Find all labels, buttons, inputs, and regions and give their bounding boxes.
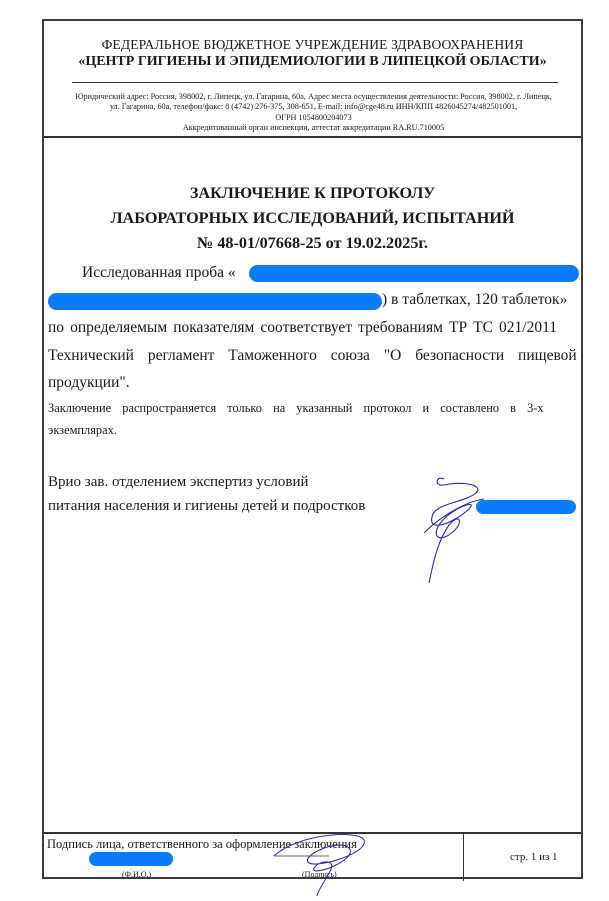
- address-line: ул. Гагарина, 60а, телефон/факс: 8 (4742…: [46, 102, 581, 112]
- address-line: Юридический адрес: Россия, 398002, г. Ли…: [46, 92, 581, 102]
- document-frame: ФЕДЕРАЛЬНОЕ БЮДЖЕТНОЕ УЧРЕЖДЕНИЕ ЗДРАВОО…: [42, 19, 583, 879]
- validity-note: Заключение распространяется только на ук…: [48, 401, 544, 416]
- conclusion-line: продукции".: [48, 374, 130, 392]
- redacted-sample-name: [249, 265, 579, 282]
- conclusion-line: Технический регламент Таможенного союза …: [48, 347, 577, 365]
- ogrn-line: ОГРН 1054800204073: [46, 113, 581, 123]
- header-bottom-rule: [44, 136, 581, 138]
- footer-divider: [463, 834, 464, 881]
- conclusion-line: по определяемым показателям соответствуе…: [48, 319, 557, 337]
- signatory-position-cont: питания населения и гигиены детей и подр…: [48, 498, 365, 515]
- doc-title-line2: ЛАБОРАТОРНЫХ ИССЛЕДОВАНИЙ, ИСПЫТАНИЙ: [44, 209, 581, 228]
- doc-title-line1: ЗАКЛЮЧЕНИЕ К ПРОТОКОЛУ: [44, 184, 581, 203]
- sample-form: ) в таблетках, 120 таблеток»: [382, 291, 567, 309]
- redacted-signatory-name: [476, 500, 576, 514]
- redacted-sample-name-cont: [48, 293, 382, 310]
- accreditation-line: Аккредитованный орган инспекции, аттеста…: [46, 123, 581, 133]
- redacted-responsible-name: [89, 852, 173, 866]
- page-counter: стр. 1 из 1: [510, 851, 558, 863]
- org-name-line2: «ЦЕНТР ГИГИЕНЫ И ЭПИДЕМИОЛОГИИ В ЛИПЕЦКО…: [44, 54, 581, 70]
- validity-note-cont: экземплярах.: [48, 423, 117, 438]
- org-address-block: Юридический адрес: Россия, 398002, г. Ли…: [46, 92, 581, 133]
- signatory-position: Врио зав. отделением экспертиз условий: [48, 474, 309, 491]
- name-caption: (Ф.И.О.): [122, 870, 151, 879]
- responsible-signature-icon: [269, 828, 389, 898]
- protocol-number: № 48-01/07668-25 от 19.02.2025г.: [44, 234, 581, 253]
- org-name-line1: ФЕДЕРАЛЬНОЕ БЮДЖЕТНОЕ УЧРЕЖДЕНИЕ ЗДРАВОО…: [44, 37, 581, 53]
- header-divider: [72, 82, 558, 83]
- signature-icon: [414, 473, 524, 593]
- sample-intro: Исследованная проба «: [82, 264, 236, 282]
- footer-row: Подпись лица, ответственного за оформлен…: [44, 832, 581, 881]
